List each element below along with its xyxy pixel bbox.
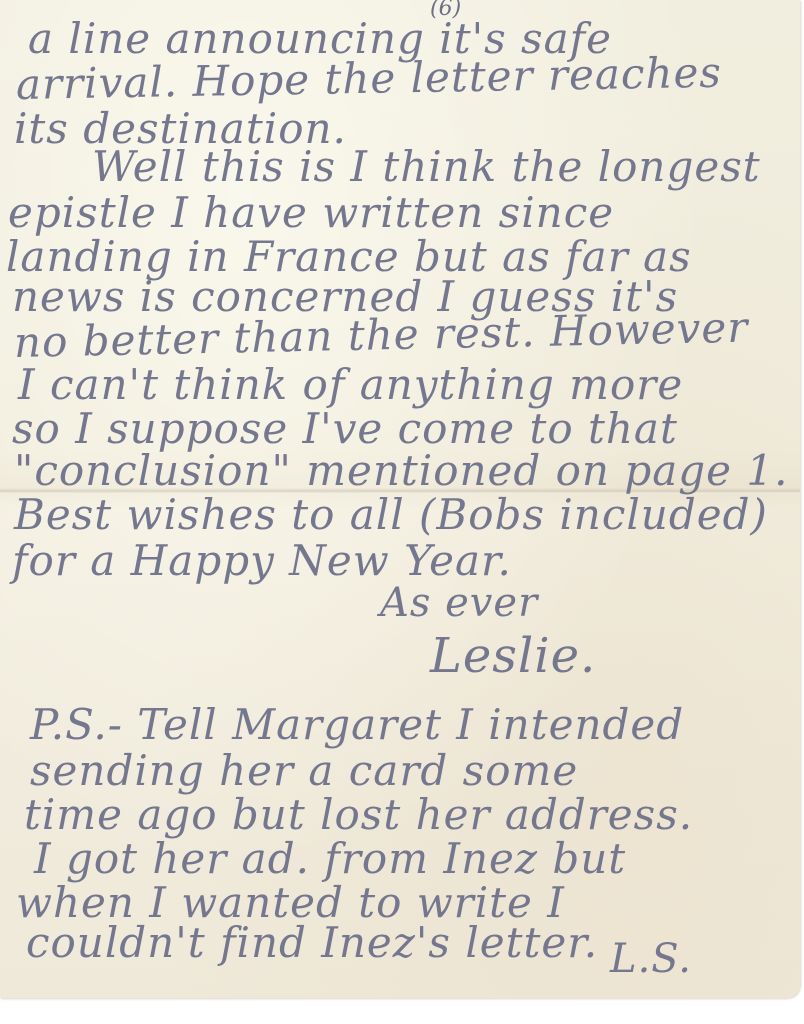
letter-line-12: Best wishes to all (Bobs included) — [14, 490, 768, 539]
letter-line-11: "conclusion" mentioned on page 1. — [14, 446, 788, 495]
postscript-line-2: sending her a card some — [30, 746, 578, 795]
letter-line-9: I can't think of anything more — [18, 360, 683, 409]
postscript-line-6: couldn't find Inez's letter. — [26, 918, 598, 967]
postscript-line-3: time ago but lost her address. — [24, 790, 693, 839]
letter-line-4: Well this is I think the longest — [92, 142, 761, 191]
letter-page: (6) a line announcing it's safe arrival.… — [0, 0, 800, 998]
letter-closing: As ever — [380, 580, 538, 626]
letter-line-13: for a Happy New Year. — [12, 536, 512, 585]
postscript-initials: L.S. — [610, 936, 692, 982]
postscript-line-4: I got her ad. from Inez but — [34, 834, 626, 883]
postscript-line-1: P.S.- Tell Margaret I intended — [30, 700, 684, 749]
letter-line-5: epistle I have written since — [8, 188, 614, 237]
letter-signature: Leslie. — [430, 628, 596, 684]
